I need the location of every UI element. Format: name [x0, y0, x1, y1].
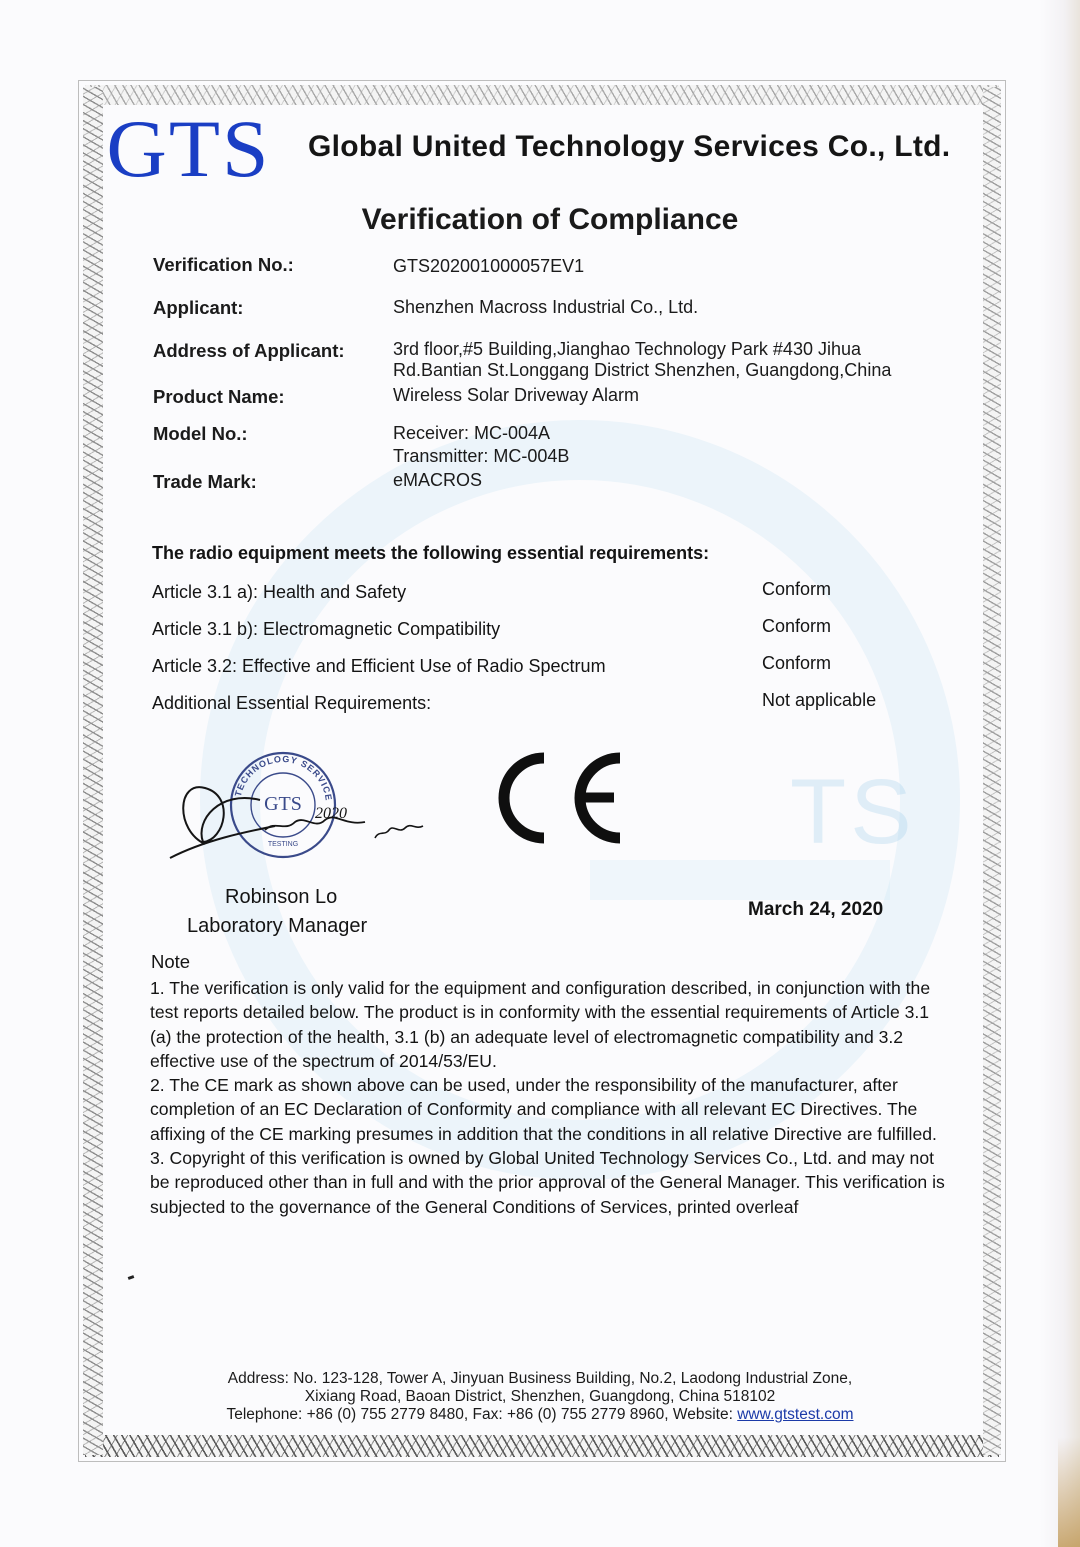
watermark-bar [590, 860, 890, 900]
product-name-label: Product Name: [153, 386, 285, 408]
svg-text:2020: 2020 [315, 805, 347, 822]
website-link[interactable]: www.gtstest.com [737, 1406, 853, 1423]
address-label: Address of Applicant: [153, 340, 345, 362]
requirement-name: Article 3.1 a): Health and Safety [152, 582, 406, 603]
requirements-heading: The radio equipment meets the following … [152, 543, 709, 564]
document-title: Verification of Compliance [0, 203, 1080, 237]
address-value-line2: Rd.Bantian St.Longgang District Shenzhen… [393, 360, 891, 381]
ornamental-border-left [83, 87, 103, 1455]
ce-mark-icon [498, 752, 628, 844]
footer-address-line1: Address: No. 123-128, Tower A, Jinyuan B… [0, 1370, 1080, 1388]
gts-logo: GTS [106, 108, 270, 190]
requirement-name: Additional Essential Requirements: [152, 693, 431, 714]
note-heading: Note [151, 951, 190, 973]
requirement-status: Not applicable [762, 690, 876, 711]
requirement-status: Conform [762, 616, 831, 637]
ornamental-border-bottom [85, 1435, 999, 1457]
note-item: 2. The CE mark as shown above can be use… [150, 1073, 950, 1146]
company-name: Global United Technology Services Co., L… [308, 130, 950, 164]
footer-contact-line: Telephone: +86 (0) 755 2779 8480, Fax: +… [0, 1406, 1080, 1424]
requirement-status: Conform [762, 653, 831, 674]
requirement-status: Conform [762, 579, 831, 600]
requirement-name: Article 3.2: Effective and Efficient Use… [152, 656, 606, 677]
verification-no-value: GTS202001000057EV1 [393, 256, 584, 277]
applicant-label: Applicant: [153, 297, 243, 319]
signer-name: Robinson Lo [225, 886, 337, 909]
trade-mark-value: eMACROS [393, 470, 482, 491]
product-name-value: Wireless Solar Driveway Alarm [393, 385, 639, 406]
footer-phone-fax: Telephone: +86 (0) 755 2779 8480, Fax: +… [226, 1406, 737, 1423]
note-body: 1. The verification is only valid for th… [150, 976, 950, 1219]
model-no-receiver: Receiver: MC-004A [393, 423, 550, 444]
watermark-text: TS [790, 760, 916, 865]
model-no-transmitter: Transmitter: MC-004B [393, 446, 569, 467]
ornamental-border-top [85, 85, 999, 105]
signature-icon: 2020 [165, 760, 435, 870]
applicant-value: Shenzhen Macross Industrial Co., Ltd. [393, 297, 698, 318]
note-item: 3. Copyright of this verification is own… [150, 1146, 950, 1219]
signer-title: Laboratory Manager [187, 915, 367, 938]
ornamental-border-right [983, 87, 1001, 1455]
issue-date: March 24, 2020 [748, 899, 883, 921]
requirement-name: Article 3.1 b): Electromagnetic Compatib… [152, 619, 500, 640]
note-item: 1. The verification is only valid for th… [150, 976, 950, 1073]
footer-address-line2: Xixiang Road, Baoan District, Shenzhen, … [0, 1388, 1080, 1406]
trade-mark-label: Trade Mark: [153, 471, 257, 493]
verification-no-label: Verification No.: [153, 254, 294, 276]
model-no-label: Model No.: [153, 423, 248, 445]
footer-contact: Address: No. 123-128, Tower A, Jinyuan B… [0, 1370, 1080, 1424]
paper-corner-stain [1058, 1437, 1080, 1547]
address-value-line1: 3rd floor,#5 Building,Jianghao Technolog… [393, 339, 861, 360]
